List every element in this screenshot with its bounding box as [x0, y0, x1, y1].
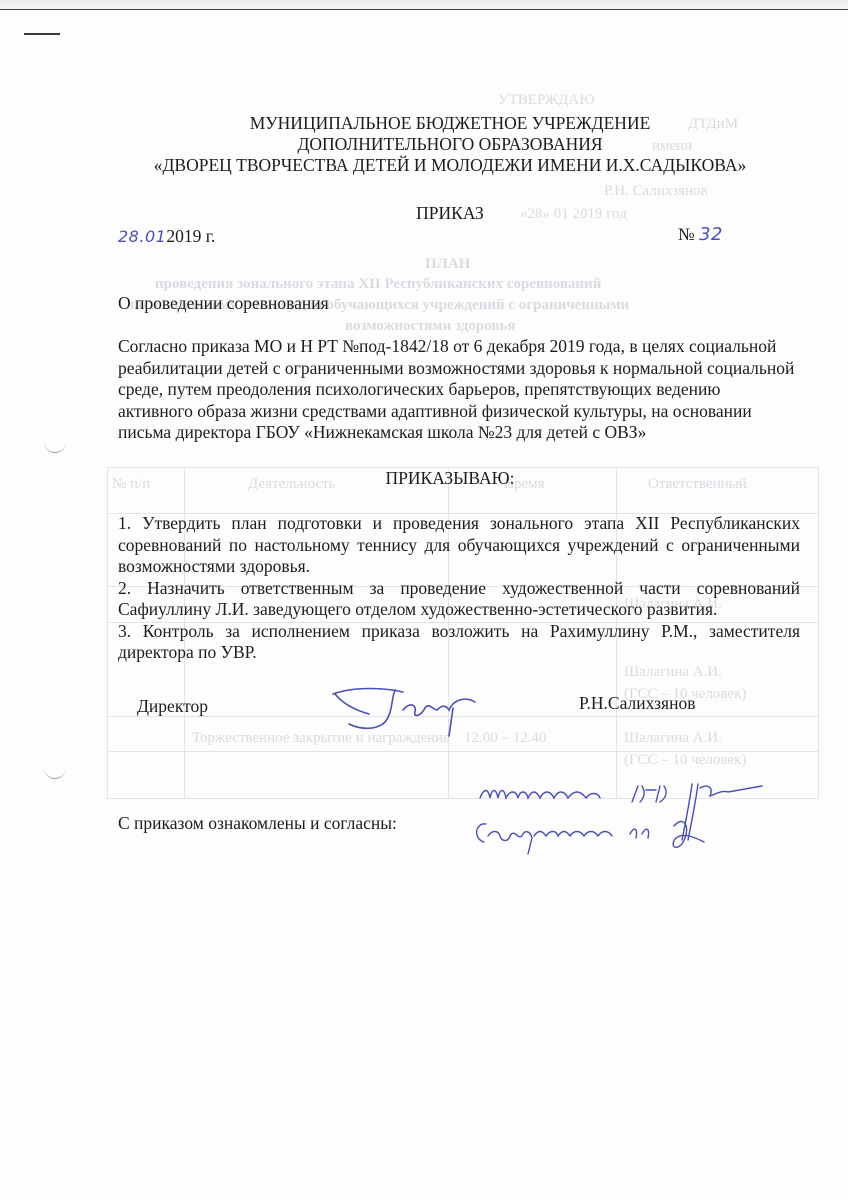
printed-year: 2019 г. [166, 226, 215, 246]
order-number: № 32 [678, 224, 723, 245]
order-subject: О проведении соревнования [118, 293, 329, 314]
director-position: Директор [137, 696, 208, 717]
acknowledgement-signatures [470, 780, 790, 870]
handwritten-number: 32 [699, 224, 723, 245]
number-sign: № [678, 224, 695, 244]
handwritten-date: 28.01 [118, 227, 166, 246]
order-item-2: 2. Назначить ответственным за проведение… [118, 578, 800, 621]
letterhead-line-1: МУНИЦИПАЛЬНОЕ БЮДЖЕТНОЕ УЧРЕЖДЕНИЕ [100, 113, 800, 134]
ghost-plan-line-1: проведения зонального этапа XII Республи… [155, 276, 601, 293]
punch-hole-bottom [44, 764, 66, 779]
director-signature [325, 680, 485, 740]
ghost-plan-title: ПЛАН [425, 256, 470, 273]
order-item-3: 3. Контроль за исполнением приказа возло… [118, 621, 800, 664]
order-directive-heading: ПРИКАЗЫВАЮ: [100, 468, 800, 489]
order-preamble: Согласно приказа МО и Н РТ №под-1842/18 … [118, 336, 798, 444]
letterhead-line-2: ДОПОЛНИТЕЛЬНОГО ОБРАЗОВАНИЯ [100, 134, 800, 155]
letterhead-line-3: «ДВОРЕЦ ТВОРЧЕСТВА ДЕТЕЙ И МОЛОДЕЖИ ИМЕН… [100, 155, 800, 176]
document-title: ПРИКАЗ [100, 203, 800, 224]
corner-mark [24, 33, 60, 35]
scan-top-edge [0, 0, 848, 10]
ghost-approval-1: УТВЕРЖДАЮ [498, 92, 595, 109]
ghost-approval-4: Р.Н. Салихзянов [604, 183, 708, 200]
document-page: УТВЕРЖДАЮ ДТДиМ имени Р.Н. Салихзянов «2… [0, 0, 848, 1200]
punch-hole-top [44, 438, 66, 453]
ghost-plan-line-3: возможностями здоровья [345, 318, 516, 335]
order-items: 1. Утвердить план подготовки и проведени… [118, 513, 800, 664]
director-name: Р.Н.Салихзянов [579, 693, 695, 714]
order-date: 28.012019 г. [118, 226, 215, 247]
letterhead: МУНИЦИПАЛЬНОЕ БЮДЖЕТНОЕ УЧРЕЖДЕНИЕ ДОПОЛ… [100, 113, 800, 176]
acknowledgement-label: С приказом ознакомлены и согласны: [118, 813, 397, 834]
order-item-1: 1. Утвердить план подготовки и проведени… [118, 513, 800, 578]
